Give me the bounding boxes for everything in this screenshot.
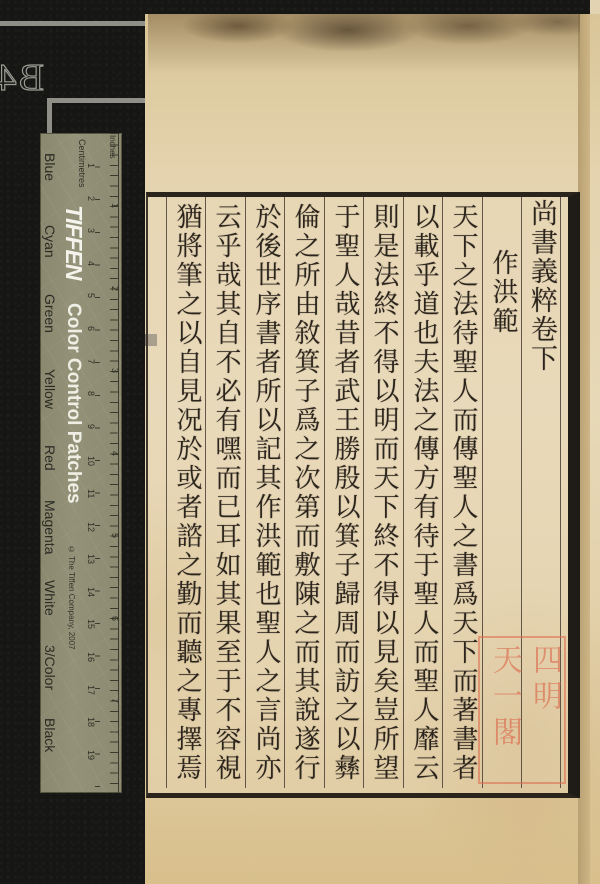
inch-tick-label: 3 [110, 368, 120, 373]
copyright-text: © The Tiffen Company, 2007 [67, 545, 76, 650]
cm-tick-label: 19 [86, 750, 96, 760]
cm-tick-label: 6 [86, 326, 96, 331]
inch-tick-label: 1 [110, 203, 120, 208]
units-inches-label: Inches [108, 135, 117, 159]
color-control-strip: Centimetres Inches Blue Cyan Green Yello… [40, 133, 122, 793]
patch-label-black: Black [42, 718, 58, 752]
cm-tick-label: 10 [86, 456, 96, 466]
cm-tick-label: 12 [86, 522, 96, 532]
cm-tick-label: 7 [86, 359, 96, 364]
text-column-3: 則是法終不得以明而天下終不得以見矣豈所望 [364, 203, 403, 783]
patch-label-magenta: Magenta [42, 500, 58, 554]
red-collector-seal: 四明 天一閣 [478, 636, 566, 784]
text-column-5: 倫之所由敘箕子爲之次第而敷陳之而其說遂行 [285, 203, 324, 783]
ruler-inch-ticks [110, 133, 118, 793]
water-stain [148, 14, 580, 74]
cm-tick-label: 5 [86, 293, 96, 298]
patch-label-yellow: Yellow [42, 369, 58, 409]
text-column-6: 於後世序書者所以記其作洪範也聖人之言尚亦 [246, 203, 285, 783]
strip-title: Color Control Patches [62, 303, 84, 504]
text-column-1: 天下之法待聖人而傳聖人之書爲天下而著書者 [443, 203, 482, 783]
guide-line-corner-horizontal [47, 98, 147, 103]
text-column-8: 猶將筆之以自見况於或者諮之勤而聽之專擇焉 [167, 203, 206, 783]
cm-tick-label: 11 [86, 489, 96, 498]
cm-tick-label: 2 [86, 196, 96, 201]
inch-tick-label: 2 [110, 286, 120, 291]
cm-tick-label: 14 [86, 587, 96, 597]
inch-tick-label: 5 [110, 533, 120, 538]
patch-label-white: White [42, 580, 58, 616]
inch-tick-label: 7 [110, 698, 120, 703]
patch-label-green: Green [42, 294, 58, 333]
cm-tick-label: 8 [86, 391, 96, 396]
brand-logo: TIFFEN [60, 205, 87, 280]
inch-tick-label: 4 [110, 451, 120, 456]
cm-tick-label: 16 [86, 652, 96, 662]
guide-line-corner-vertical [47, 98, 52, 136]
cm-tick-label: 4 [86, 261, 96, 266]
cm-tick-label: 13 [86, 554, 96, 564]
patch-label-3color: 3/Color [42, 645, 58, 690]
cm-tick-label: 15 [86, 619, 96, 629]
mirrored-size-label: B4 [0, 58, 44, 98]
cm-tick-label: 18 [86, 717, 96, 727]
inch-tick-label: 6 [110, 616, 120, 621]
seal-text-right: 四明 [524, 644, 564, 716]
text-column-2: 以載乎道也夫法之傳方有待于聖人而聖人靡云 [404, 203, 443, 783]
cm-tick-label: 17 [86, 685, 96, 695]
patch-label-cyan: Cyan [42, 225, 58, 258]
text-column-7: 云乎哉其自不必有嘿而已耳如其果至于不容視 [206, 203, 245, 783]
cm-tick-label: 3 [86, 228, 96, 233]
ruler-edge-line [118, 133, 119, 793]
guide-line-top [0, 21, 146, 26]
cm-tick-label: 9 [86, 424, 96, 429]
text-column-4: 于聖人哉昔者武王勝殷以箕子歸周而訪之以彝 [325, 203, 364, 783]
section-heading: 作洪範 [483, 249, 522, 336]
seal-text-left: 天一閣 [484, 644, 524, 752]
book-title: 尚書義粹卷下 [522, 199, 561, 373]
patch-label-red: Red [42, 445, 58, 471]
cm-tick-label: 1 [86, 163, 96, 168]
patch-label-blue: Blue [42, 153, 58, 181]
